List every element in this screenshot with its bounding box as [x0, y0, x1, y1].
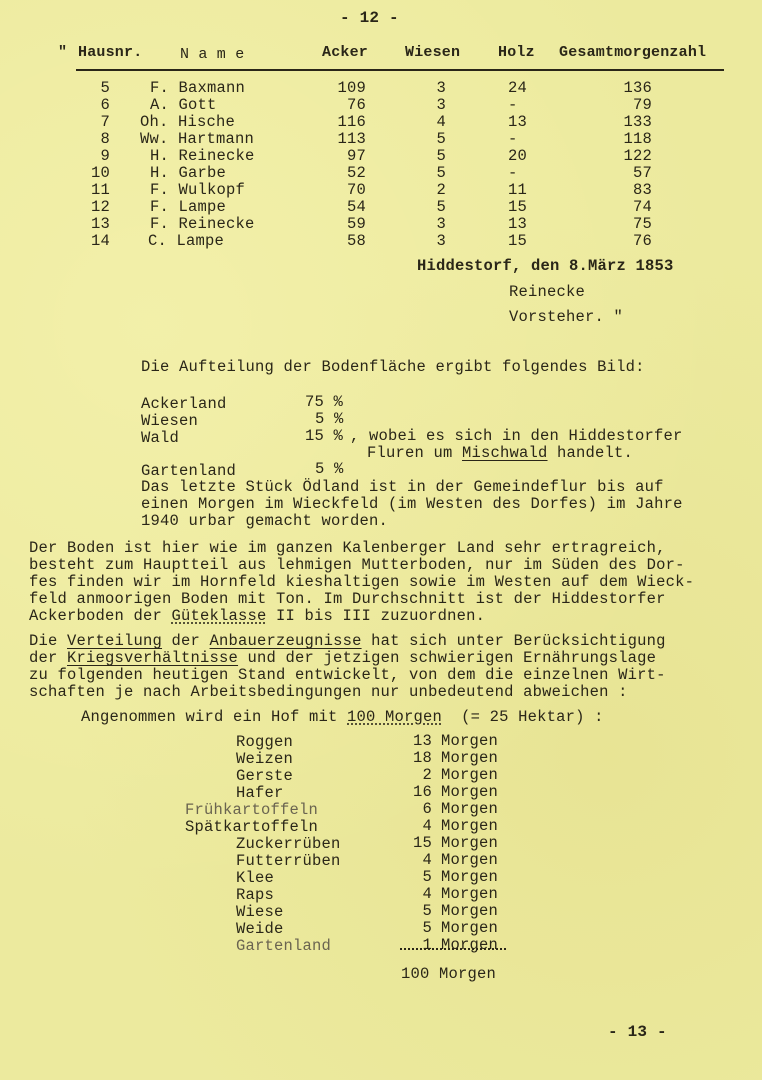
cell-wiesen: 5: [420, 148, 446, 165]
crop-unit: Morgen: [441, 835, 498, 852]
cell-gesamt: 122: [610, 148, 652, 165]
crop-amount: 1: [396, 937, 432, 954]
table-row: 8 Ww. Hartmann 113 5 - 118: [0, 131, 762, 148]
sum-rule: [400, 948, 506, 950]
crop-name: Gerste: [236, 768, 293, 785]
cell-name: F. Reinecke: [150, 216, 255, 233]
cell-wiesen: 3: [420, 216, 446, 233]
crop-unit: Morgen: [441, 886, 498, 903]
cell-acker: 54: [320, 199, 366, 216]
cell-holz: 11: [508, 182, 527, 199]
table-row: 13 F. Reinecke 59 3 13 75: [0, 216, 762, 233]
cell-holz: 13: [508, 114, 527, 131]
cell-gesamt: 57: [610, 165, 652, 182]
cell-gesamt: 83: [610, 182, 652, 199]
crop-name: Weide: [236, 921, 284, 938]
crop-amount: 18: [396, 750, 432, 767]
cell-gesamt: 79: [610, 97, 652, 114]
farm-text: Angenommen wird ein Hof mit: [81, 708, 347, 726]
cell-wiesen: 3: [420, 233, 446, 250]
cell-name: F. Baxmann: [150, 80, 245, 97]
cell-nr: 11: [80, 182, 110, 199]
cell-holz: 15: [508, 199, 527, 216]
signature-place-date: Hiddestorf, den 8.März 1853: [417, 258, 674, 275]
cell-holz: -: [508, 131, 518, 148]
cell-acker: 58: [320, 233, 366, 250]
cell-acker: 59: [320, 216, 366, 233]
page-number-bottom: - 13 -: [608, 1024, 667, 1041]
crop-name: Zuckerrüben: [236, 836, 341, 853]
wald-note-2-text: Fluren um: [367, 444, 462, 462]
land-use-label: Wald: [141, 430, 179, 447]
cell-wiesen: 2: [420, 182, 446, 199]
cell-acker: 97: [320, 148, 366, 165]
cell-nr: 10: [80, 165, 110, 182]
land-use-value: 5 %: [315, 411, 344, 428]
crop-name: Raps: [236, 887, 274, 904]
cell-nr: 12: [80, 199, 110, 216]
header-name: N a m e: [180, 46, 244, 63]
crops-total: 100 Morgen: [401, 966, 496, 983]
soil-text-end: II bis III zuzuordnen.: [267, 607, 486, 625]
land-use-value: 5 %: [315, 461, 344, 478]
signature-title: Vorsteher. ": [509, 309, 623, 326]
cell-acker: 52: [320, 165, 366, 182]
dist-text: Die: [29, 632, 67, 650]
crop-name: Frühkartoffeln: [185, 802, 318, 819]
crop-unit: Morgen: [441, 733, 498, 750]
crop-amount: 4: [396, 852, 432, 869]
cell-gesamt: 76: [610, 233, 652, 250]
cell-nr: 9: [80, 148, 110, 165]
table-row: 7 Oh. Hische 116 4 13 133: [0, 114, 762, 131]
table-row: 12 F. Lampe 54 5 15 74: [0, 199, 762, 216]
odland-line: 1940 urbar gemacht worden.: [141, 513, 388, 530]
crop-amount: 5: [396, 903, 432, 920]
wald-note: , wobei es sich in den Hiddestorfer: [350, 428, 683, 445]
gueteklasse-underlined: Güteklasse: [172, 607, 267, 625]
crop-amount: 6: [396, 801, 432, 818]
crop-unit: Morgen: [441, 869, 498, 886]
cell-gesamt: 133: [610, 114, 652, 131]
signature-name: Reinecke: [509, 284, 585, 301]
cell-nr: 7: [80, 114, 110, 131]
header-wiesen: Wiesen: [405, 44, 460, 61]
crop-unit: Morgen: [441, 818, 498, 835]
crop-unit: Morgen: [441, 750, 498, 767]
crop-name: Spätkartoffeln: [185, 819, 318, 836]
verteilung-underlined: Verteilung: [67, 632, 162, 650]
cell-name: C. Lampe: [148, 233, 224, 250]
cell-nr: 8: [80, 131, 110, 148]
dist-text: und der jetzigen schwierigen Ernährungsl…: [238, 649, 656, 667]
cell-nr: 5: [80, 80, 110, 97]
distribution-line: der Kriegsverhältnisse und der jetzigen …: [29, 650, 656, 667]
crop-amount: 15: [396, 835, 432, 852]
cell-holz: 15: [508, 233, 527, 250]
cell-holz: 20: [508, 148, 527, 165]
header-holz: Holz: [498, 44, 535, 61]
page-number-top: - 12 -: [340, 10, 399, 27]
dist-text: der: [162, 632, 210, 650]
cell-gesamt: 136: [610, 80, 652, 97]
crop-name: Futterrüben: [236, 853, 341, 870]
table-row: 9 H. Reinecke 97 5 20 122: [0, 148, 762, 165]
land-use-label: Wiesen: [141, 413, 198, 430]
table-row: 10 H. Garbe 52 5 - 57: [0, 165, 762, 182]
soil-line: Der Boden ist hier wie im ganzen Kalenbe…: [29, 540, 666, 557]
table-row: 5 F. Baxmann 109 3 24 136: [0, 80, 762, 97]
wald-note-2-end: handelt.: [548, 444, 634, 462]
farm-assumption: Angenommen wird ein Hof mit 100 Morgen (…: [81, 709, 604, 726]
kriegsverhaeltnisse-underlined: Kriegsverhältnisse: [67, 649, 238, 667]
cell-gesamt: 74: [610, 199, 652, 216]
crop-name: Klee: [236, 870, 274, 887]
cell-name: F. Wulkopf: [150, 182, 245, 199]
crop-name: Wiese: [236, 904, 284, 921]
soil-line: besteht zum Hauptteil aus lehmigen Mutte…: [29, 557, 685, 574]
soil-line: feld anmoorigen Boden mit Ton. Im Durchs…: [29, 591, 666, 608]
crop-unit: Morgen: [441, 801, 498, 818]
dist-text: hat sich unter Berücksichtigung: [362, 632, 666, 650]
cell-name: Oh. Hische: [140, 114, 235, 131]
cell-holz: 13: [508, 216, 527, 233]
cell-acker: 116: [320, 114, 366, 131]
soil-line-last: Ackerboden der Güteklasse II bis III zuz…: [29, 608, 485, 625]
mischwald-underlined: Mischwald: [462, 444, 548, 462]
crop-amount: 4: [396, 818, 432, 835]
crop-unit: Morgen: [441, 937, 498, 954]
distribution-line: Die Verteilung der Anbauerzeugnisse hat …: [29, 633, 666, 650]
cell-wiesen: 5: [420, 165, 446, 182]
anbauerzeugnisse-underlined: Anbauerzeugnisse: [210, 632, 362, 650]
crop-name: Hafer: [236, 785, 284, 802]
crop-name: Weizen: [236, 751, 293, 768]
hundred-morgen-underlined: 100 Morgen: [347, 708, 442, 726]
cell-name: A. Gott: [150, 97, 217, 114]
crop-amount: 2: [396, 767, 432, 784]
cell-nr: 13: [80, 216, 110, 233]
cell-wiesen: 4: [420, 114, 446, 131]
header-gesamtmorgenzahl: Gesamtmorgenzahl: [559, 44, 706, 61]
crop-amount: 5: [396, 920, 432, 937]
soil-line: fes finden wir im Hornfeld kieshaltigen …: [29, 574, 694, 591]
cell-holz: 24: [508, 80, 527, 97]
crop-name: Roggen: [236, 734, 293, 751]
cell-nr: 14: [80, 233, 110, 250]
cell-nr: 6: [80, 97, 110, 114]
crop-amount: 16: [396, 784, 432, 801]
crop-unit: Morgen: [441, 903, 498, 920]
land-use-label: Ackerland: [141, 396, 227, 413]
odland-line: Das letzte Stück Ödland ist in der Gemei…: [141, 479, 664, 496]
cell-name: F. Lampe: [150, 199, 226, 216]
wald-note-2: Fluren um Mischwald handelt.: [367, 445, 633, 462]
table-row: 14 C. Lampe 58 3 15 76: [0, 233, 762, 250]
crop-name: Gartenland: [236, 938, 331, 955]
cell-name: H. Garbe: [150, 165, 226, 182]
cell-wiesen: 3: [420, 80, 446, 97]
header-acker: Acker: [322, 44, 368, 61]
soil-text: Ackerboden der: [29, 607, 172, 625]
header-hausnr: Hausnr.: [78, 44, 142, 61]
cell-gesamt: 75: [610, 216, 652, 233]
table-row: 11 F. Wulkopf 70 2 11 83: [0, 182, 762, 199]
cell-gesamt: 118: [610, 131, 652, 148]
cell-holz: -: [508, 165, 518, 182]
crop-unit: Morgen: [441, 784, 498, 801]
land-use-intro: Die Aufteilung der Bodenfläche ergibt fo…: [141, 359, 645, 376]
cell-acker: 76: [320, 97, 366, 114]
dist-text: der: [29, 649, 67, 667]
crop-amount: 13: [396, 733, 432, 750]
cell-wiesen: 5: [420, 199, 446, 216]
crop-amount: 5: [396, 869, 432, 886]
header-rule: [76, 69, 724, 71]
cell-acker: 109: [320, 80, 366, 97]
cell-acker: 70: [320, 182, 366, 199]
open-quote: ": [58, 44, 67, 61]
distribution-line: schaften je nach Arbeitsbedingungen nur …: [29, 684, 628, 701]
cell-wiesen: 3: [420, 97, 446, 114]
farm-text-end: (= 25 Hektar) :: [442, 708, 604, 726]
distribution-line: zu folgenden heutigen Stand entwickelt, …: [29, 667, 666, 684]
cell-holz: -: [508, 97, 518, 114]
crop-amount: 4: [396, 886, 432, 903]
cell-acker: 113: [320, 131, 366, 148]
cell-name: H. Reinecke: [150, 148, 255, 165]
crop-unit: Morgen: [441, 767, 498, 784]
land-use-value: 15 %: [305, 428, 343, 445]
cell-name: Ww. Hartmann: [140, 131, 254, 148]
cell-wiesen: 5: [420, 131, 446, 148]
table-row: 6 A. Gott 76 3 - 79: [0, 97, 762, 114]
odland-line: einen Morgen im Wieckfeld (im Westen des…: [141, 496, 683, 513]
land-use-value: 75 %: [305, 394, 343, 411]
crop-unit: Morgen: [441, 852, 498, 869]
crop-unit: Morgen: [441, 920, 498, 937]
